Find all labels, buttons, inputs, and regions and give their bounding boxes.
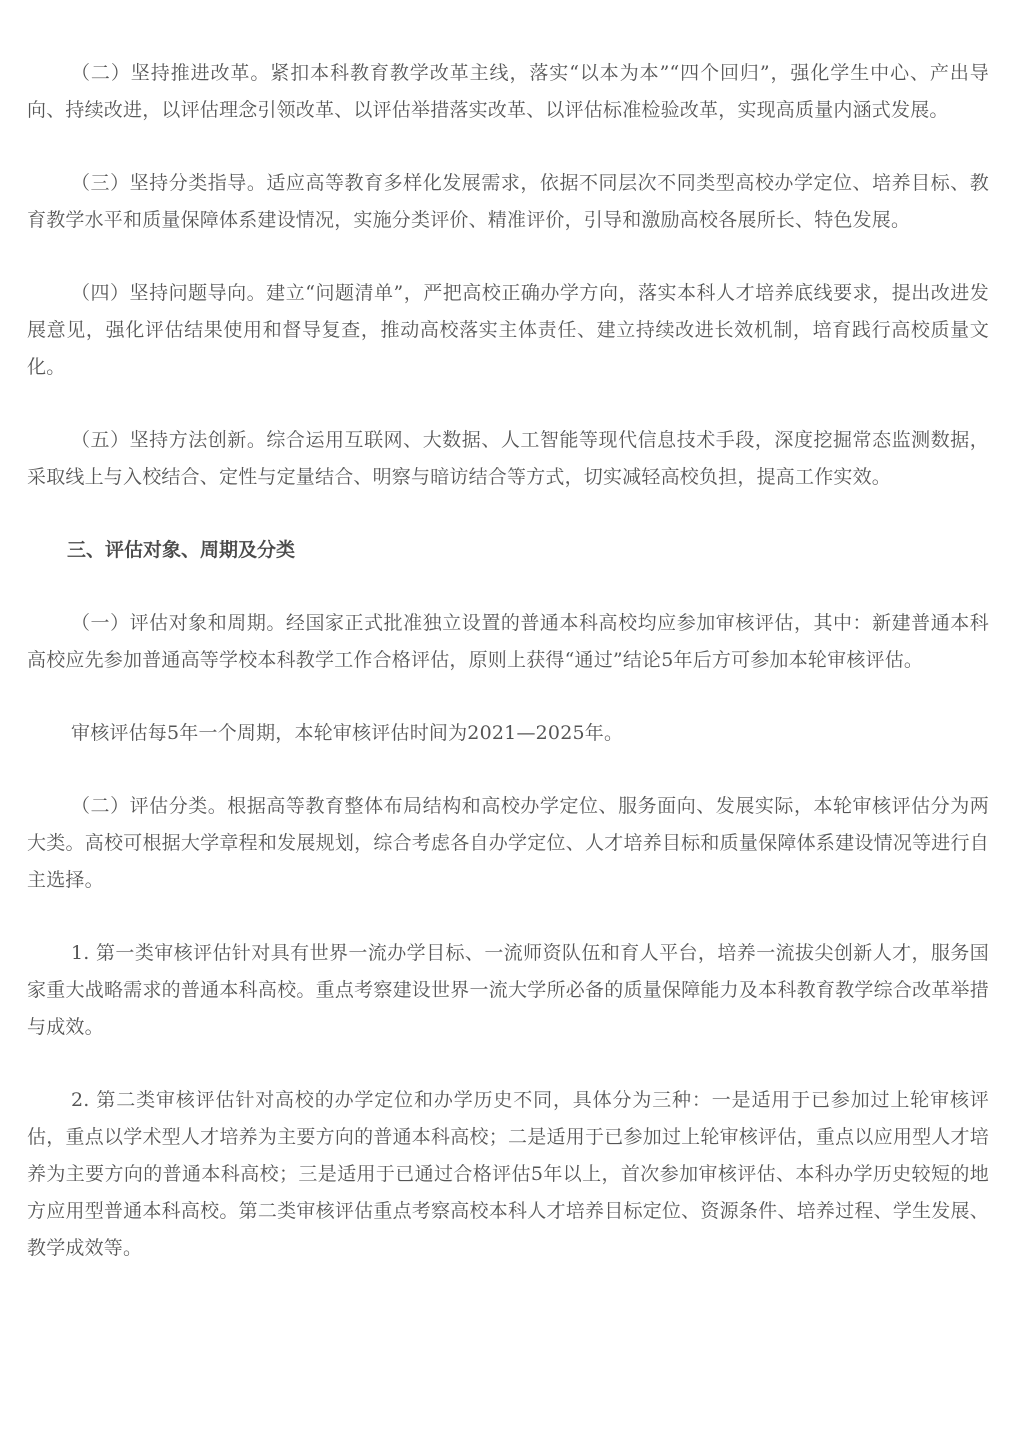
paragraph-category-one: 1. 第一类审核评估针对具有世界一流办学目标、一流师资队伍和育人平台，培养一流拔… [27,935,989,1046]
section-heading: 三、评估对象、周期及分类 [27,532,989,569]
paragraph-category-two: 2. 第二类审核评估针对高校的办学定位和办学历史不同，具体分为三种：一是适用于已… [27,1082,989,1267]
paragraph-principle-classified-guidance: （三）坚持分类指导。适应高等教育多样化发展需求，依据不同层次不同类型高校办学定位… [27,165,989,239]
paragraph-evaluation-cycle: 审核评估每5年一个周期，本轮审核评估时间为2021—2025年。 [27,715,989,752]
paragraph-evaluation-targets: （一）评估对象和周期。经国家正式批准独立设置的普通本科高校均应参加审核评估，其中… [27,605,989,679]
paragraph-principle-problem-oriented: （四）坚持问题导向。建立“问题清单”，严把高校正确办学方向，落实本科人才培养底线… [27,275,989,386]
paragraph-evaluation-classification: （二）评估分类。根据高等教育整体布局结构和高校办学定位、服务面向、发展实际，本轮… [27,788,989,899]
document-page: （二）坚持推进改革。紧扣本科教育教学改革主线，落实“以本为本”“四个回归”，强化… [27,55,989,1267]
paragraph-principle-reform: （二）坚持推进改革。紧扣本科教育教学改革主线，落实“以本为本”“四个回归”，强化… [27,55,989,129]
paragraph-principle-method-innovation: （五）坚持方法创新。综合运用互联网、大数据、人工智能等现代信息技术手段，深度挖掘… [27,422,989,496]
